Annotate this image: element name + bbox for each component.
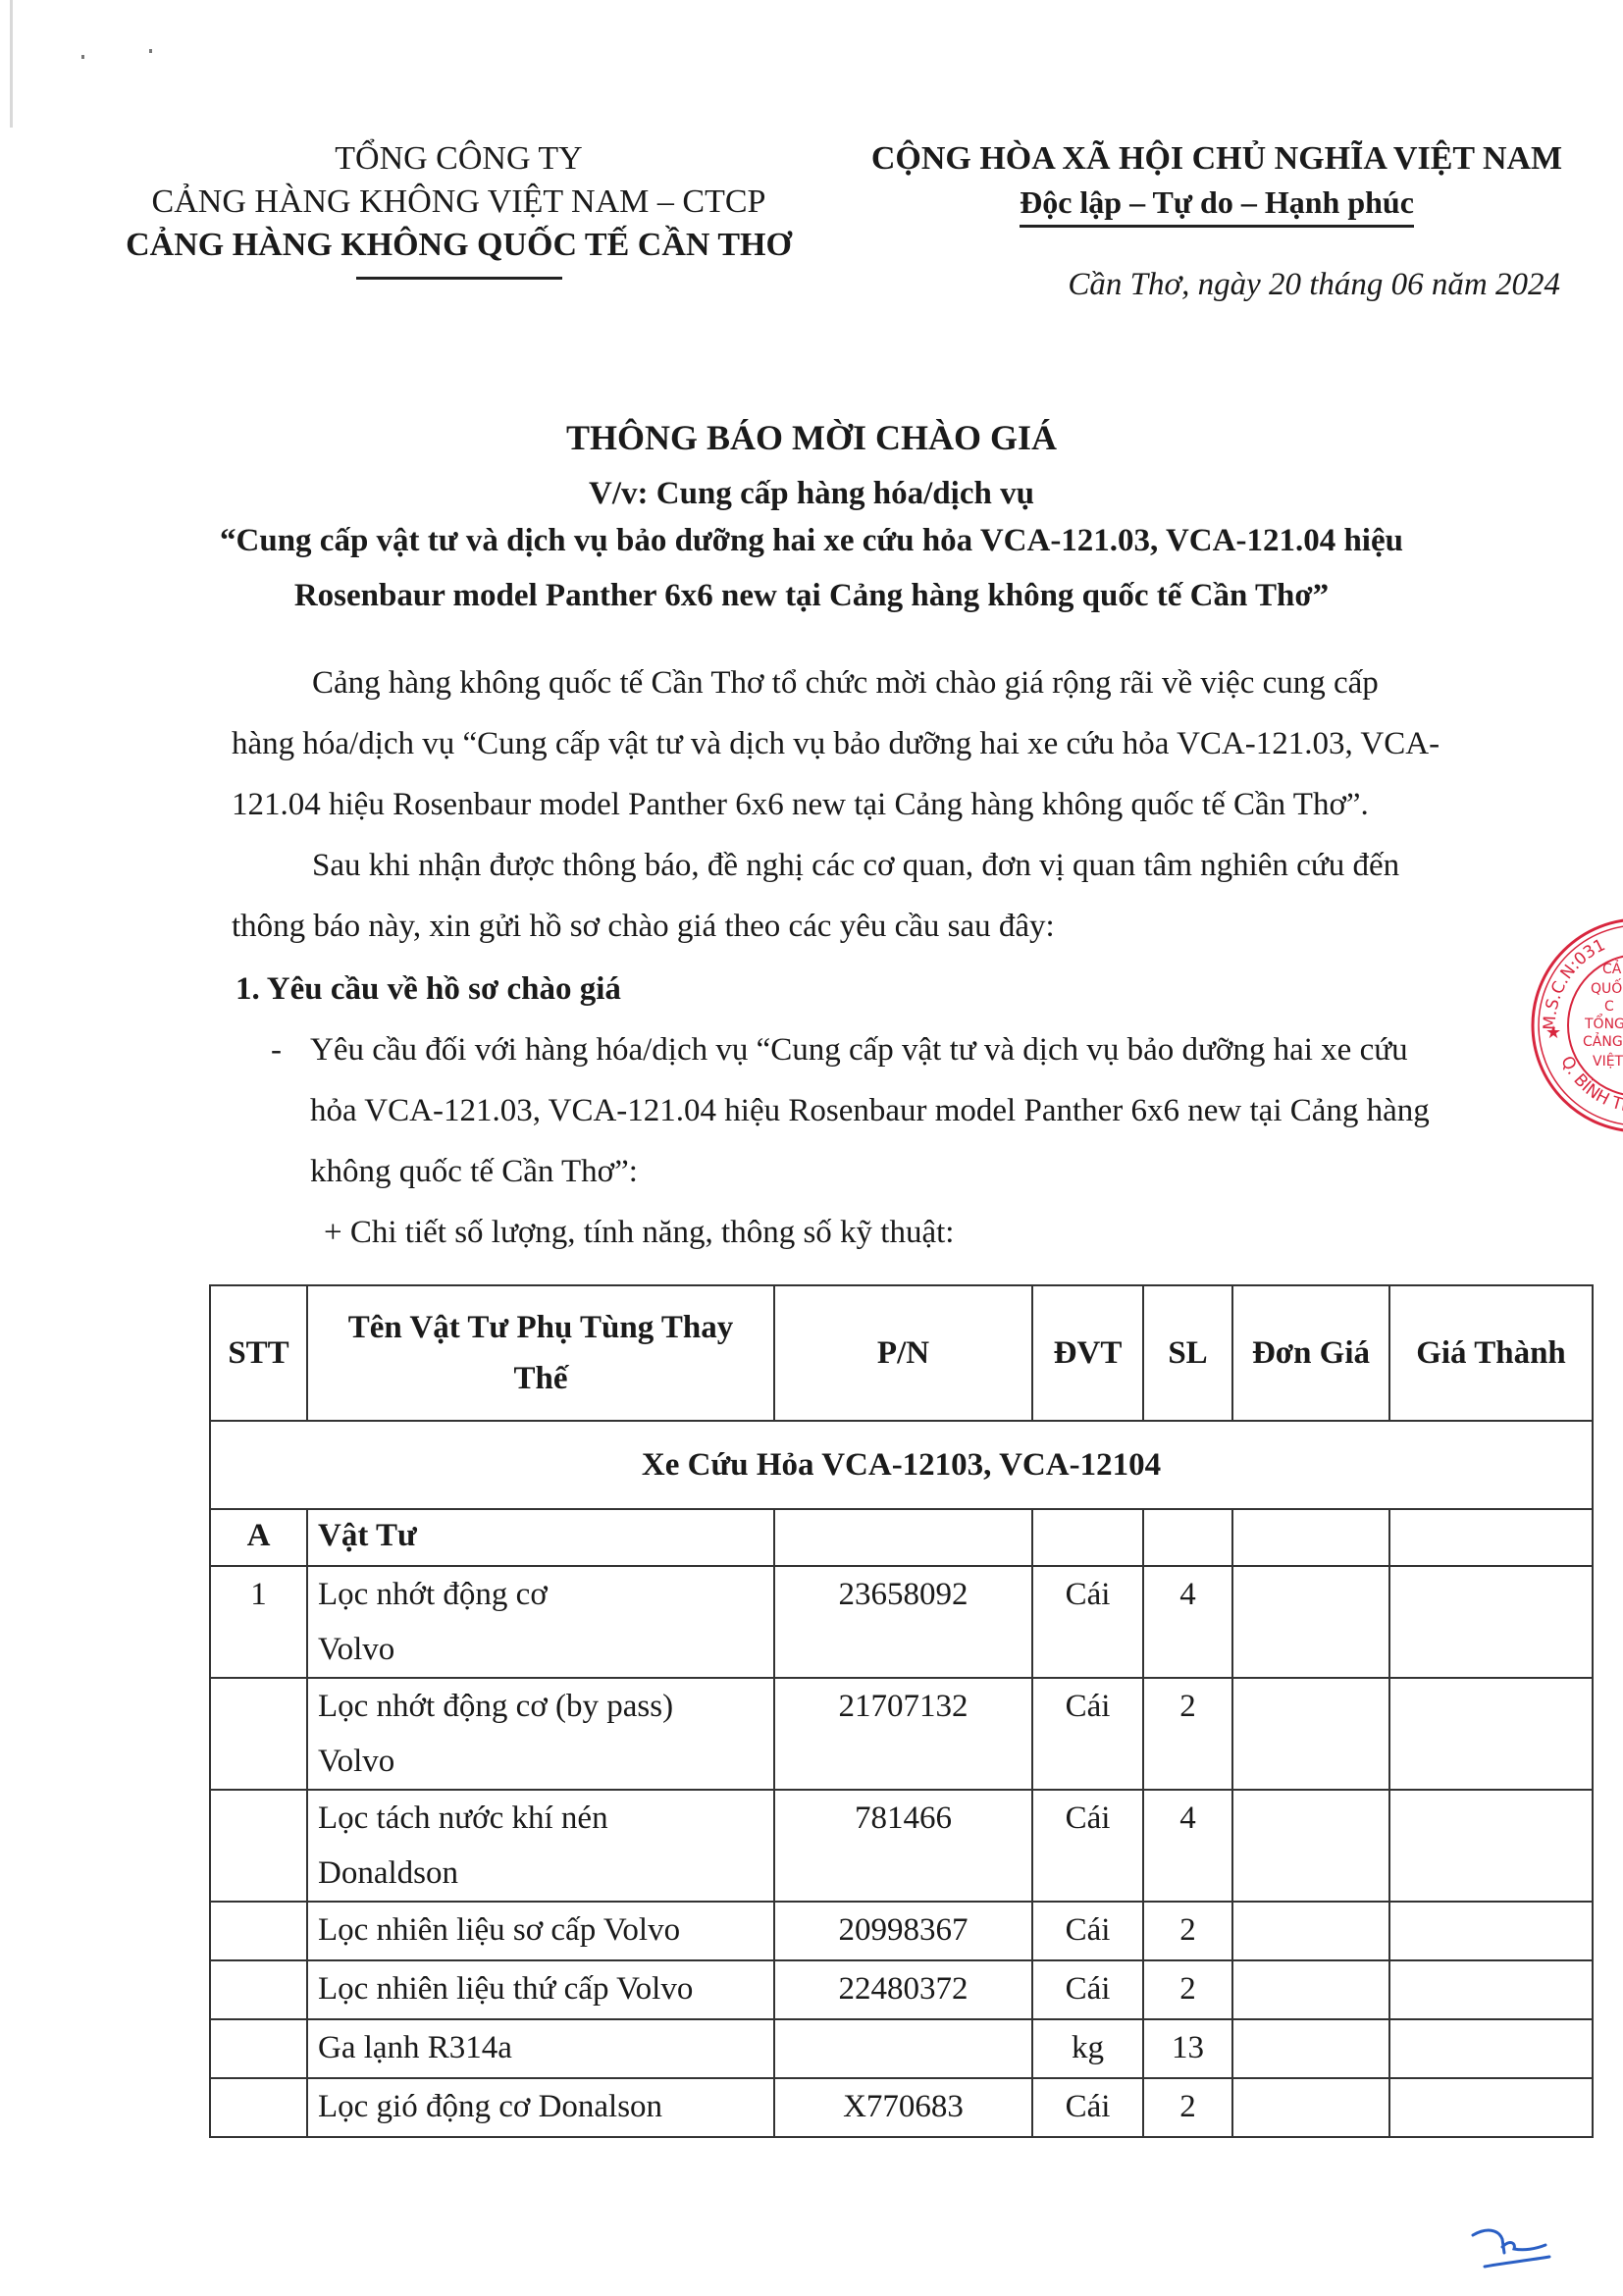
row-quantity: 2 [1143, 1902, 1232, 1960]
group-title: Xe Cứu Hỏa VCA-12103, VCA-12104 [210, 1421, 1593, 1509]
item-name-line-1: Lọc nhiên liệu thứ cấp Volvo [318, 1961, 763, 2016]
row-total-price [1389, 1960, 1593, 2019]
row-item-name: Lọc tách nước khí nénDonaldson [307, 1790, 774, 1902]
row-unit-price [1232, 1790, 1389, 1902]
col-header-quantity: SL [1143, 1285, 1232, 1421]
row-stt [210, 1790, 307, 1902]
row-unit: Cái [1032, 2078, 1143, 2137]
item-name-line-2: Volvo [318, 1622, 763, 1677]
row-quantity: 2 [1143, 2078, 1232, 2137]
row-stt: 1 [210, 1566, 307, 1678]
row-stt [210, 2019, 307, 2078]
row-unit: Cái [1032, 1902, 1143, 1960]
row-total-price [1389, 1566, 1593, 1678]
table-category-row: A Vật Tư [210, 1509, 1593, 1566]
subject-quote-line-1: “Cung cấp vật tư và dịch vụ bảo dưỡng ha… [0, 523, 1623, 559]
row-part-number: 781466 [774, 1790, 1032, 1902]
place-date: Cần Thơ, ngày 20 tháng 06 năm 2024 [981, 267, 1609, 303]
sub-bullet-specs: + Chi tiết số lượng, tính năng, thông số… [324, 1215, 954, 1251]
table-row: Ga lạnh R314akg13 [210, 2019, 1593, 2078]
national-motto-block: CỘNG HÒA XÃ HỘI CHỦ NGHĨA VIỆT NAM Độc l… [834, 137, 1599, 228]
row-part-number: 21707132 [774, 1678, 1032, 1790]
row-unit-price [1232, 2078, 1389, 2137]
item-name-line-1: Ga lạnh R314a [318, 2020, 763, 2075]
scan-speck [149, 49, 152, 53]
row-unit-price [1232, 1678, 1389, 1790]
row-total-price [1389, 1902, 1593, 1960]
materials-table: STT Tên Vật Tư Phụ Tùng Thay Thế P/N ĐVT… [209, 1284, 1594, 2138]
stamp-inner-text: CẢNG [1583, 1032, 1623, 1050]
bullet-line-2: hỏa VCA-121.03, VCA-121.04 hiệu Rosenbau… [310, 1093, 1430, 1129]
row-part-number: 20998367 [774, 1902, 1032, 1960]
row-part-number [774, 2019, 1032, 2078]
national-motto: Độc lập – Tự do – Hạnh phúc [1020, 181, 1414, 228]
paragraph-1-line-3: 121.04 hiệu Rosenbaur model Panther 6x6 … [232, 787, 1369, 823]
col-header-total-price: Giá Thành [1389, 1285, 1593, 1421]
table-row: Lọc tách nước khí nénDonaldson781466Cái4 [210, 1790, 1593, 1902]
row-quantity: 2 [1143, 1960, 1232, 2019]
table-row: Lọc nhớt động cơ (by pass)Volvo21707132C… [210, 1678, 1593, 1790]
row-item-name: Lọc nhiên liệu thứ cấp Volvo [307, 1960, 774, 2019]
row-stt [210, 1678, 307, 1790]
row-quantity: 2 [1143, 1678, 1232, 1790]
row-item-name: Lọc nhiên liệu sơ cấp Volvo [307, 1902, 774, 1960]
row-total-price [1389, 1678, 1593, 1790]
document-title: THÔNG BÁO MỜI CHÀO GIÁ [0, 417, 1623, 458]
row-unit: Cái [1032, 1960, 1143, 2019]
row-stt [210, 1902, 307, 1960]
item-name-line-1: Lọc nhớt động cơ [318, 1567, 763, 1622]
issuer-corporation-line: CẢNG HÀNG KHÔNG VIỆT NAM – CTCP [98, 181, 819, 224]
paragraph-1-line-2: hàng hóa/dịch vụ “Cung cấp vật tư và dịc… [232, 726, 1440, 762]
row-item-name: Ga lạnh R314a [307, 2019, 774, 2078]
stamp-inner-text: VIỆT [1593, 1052, 1623, 1070]
row-unit: Cái [1032, 1678, 1143, 1790]
col-header-part-number: P/N [774, 1285, 1032, 1421]
row-unit-price [1232, 1960, 1389, 2019]
stamp-inner-text: C [1604, 999, 1614, 1015]
row-quantity: 4 [1143, 1790, 1232, 1902]
bullet-line-3: không quốc tế Cần Thơ”: [310, 1154, 638, 1190]
col-header-item-name: Tên Vật Tư Phụ Tùng Thay Thế [307, 1285, 774, 1421]
paragraph-1-line-1: Cảng hàng không quốc tế Cần Thơ tổ chức … [312, 665, 1379, 702]
section-1-title: 1. Yêu cầu về hồ sơ chào giá [236, 971, 621, 1008]
official-seal-stamp: M.S.C.N:031 Q. BÌNH THỦ ★ CẢQUỐCTỔNGCẢNG… [1526, 913, 1623, 1138]
row-item-name: Lọc nhớt động cơVolvo [307, 1566, 774, 1678]
item-name-line-1: Lọc tách nước khí nén [318, 1791, 763, 1846]
row-total-price [1389, 2019, 1593, 2078]
issuer-underline [356, 277, 562, 280]
document-subject: V/v: Cung cấp hàng hóa/dịch vụ [0, 476, 1623, 512]
row-unit-price [1232, 1902, 1389, 1960]
issuer-block: TỔNG CÔNG TY CẢNG HÀNG KHÔNG VIỆT NAM – … [98, 137, 819, 280]
scan-edge-artifact [10, 0, 13, 128]
table-row: Lọc nhiên liệu thứ cấp Volvo22480372Cái2 [210, 1960, 1593, 2019]
paragraph-2-line-1: Sau khi nhận được thông báo, đề nghị các… [312, 848, 1399, 884]
paragraph-2-line-2: thông báo này, xin gửi hồ sơ chào giá th… [232, 909, 1055, 945]
row-total-price [1389, 2078, 1593, 2137]
stamp-inner-text: CẢ [1602, 960, 1622, 977]
row-unit: Cái [1032, 1566, 1143, 1678]
row-part-number: X770683 [774, 2078, 1032, 2137]
category-name: Vật Tư [307, 1509, 774, 1566]
table-row: 1Lọc nhớt động cơVolvo23658092Cái4 [210, 1566, 1593, 1678]
item-name-line-1: Lọc nhiên liệu sơ cấp Volvo [318, 1903, 763, 1957]
row-quantity: 13 [1143, 2019, 1232, 2078]
row-item-name: Lọc nhớt động cơ (by pass)Volvo [307, 1678, 774, 1790]
item-name-line-1: Lọc nhớt động cơ (by pass) [318, 1679, 763, 1734]
issuer-parent-line: TỔNG CÔNG TY [98, 137, 819, 181]
table-header-row: STT Tên Vật Tư Phụ Tùng Thay Thế P/N ĐVT… [210, 1285, 1593, 1421]
row-unit-price [1232, 1566, 1389, 1678]
row-stt [210, 2078, 307, 2137]
category-code: A [210, 1509, 307, 1566]
table-group-row: Xe Cứu Hỏa VCA-12103, VCA-12104 [210, 1421, 1593, 1509]
col-header-unit: ĐVT [1032, 1285, 1143, 1421]
col-header-stt: STT [210, 1285, 307, 1421]
row-quantity: 4 [1143, 1566, 1232, 1678]
scan-speck [81, 55, 84, 59]
item-name-line-2: Volvo [318, 1734, 763, 1789]
subject-quote-line-2: Rosenbaur model Panther 6x6 new tại Cảng… [0, 578, 1623, 614]
table-row: Lọc gió động cơ DonalsonX770683Cái2 [210, 2078, 1593, 2137]
item-name-line-1: Lọc gió động cơ Donalson [318, 2079, 763, 2134]
stamp-inner-text: TỔNG [1584, 1014, 1623, 1032]
row-part-number: 22480372 [774, 1960, 1032, 2019]
col-header-unit-price: Đơn Giá [1232, 1285, 1389, 1421]
svg-text:★: ★ [1545, 1022, 1561, 1043]
row-total-price [1389, 1790, 1593, 1902]
row-unit: kg [1032, 2019, 1143, 2078]
row-part-number: 23658092 [774, 1566, 1032, 1678]
country-name: CỘNG HÒA XÃ HỘI CHỦ NGHĨA VIỆT NAM [834, 137, 1599, 181]
stamp-inner-text: QUỐ [1591, 978, 1622, 997]
row-item-name: Lọc gió động cơ Donalson [307, 2078, 774, 2137]
row-unit-price [1232, 2019, 1389, 2078]
item-name-line-2: Donaldson [318, 1846, 763, 1901]
handwritten-initial-signature [1467, 2218, 1575, 2276]
table-row: Lọc nhiên liệu sơ cấp Volvo20998367Cái2 [210, 1902, 1593, 1960]
row-stt [210, 1960, 307, 2019]
row-unit: Cái [1032, 1790, 1143, 1902]
bullet-line-1: Yêu cầu đối với hàng hóa/dịch vụ “Cung c… [310, 1032, 1408, 1069]
issuer-name: CẢNG HÀNG KHÔNG QUỐC TẾ CẦN THƠ [98, 224, 819, 267]
bullet-marker: - [271, 1032, 282, 1069]
